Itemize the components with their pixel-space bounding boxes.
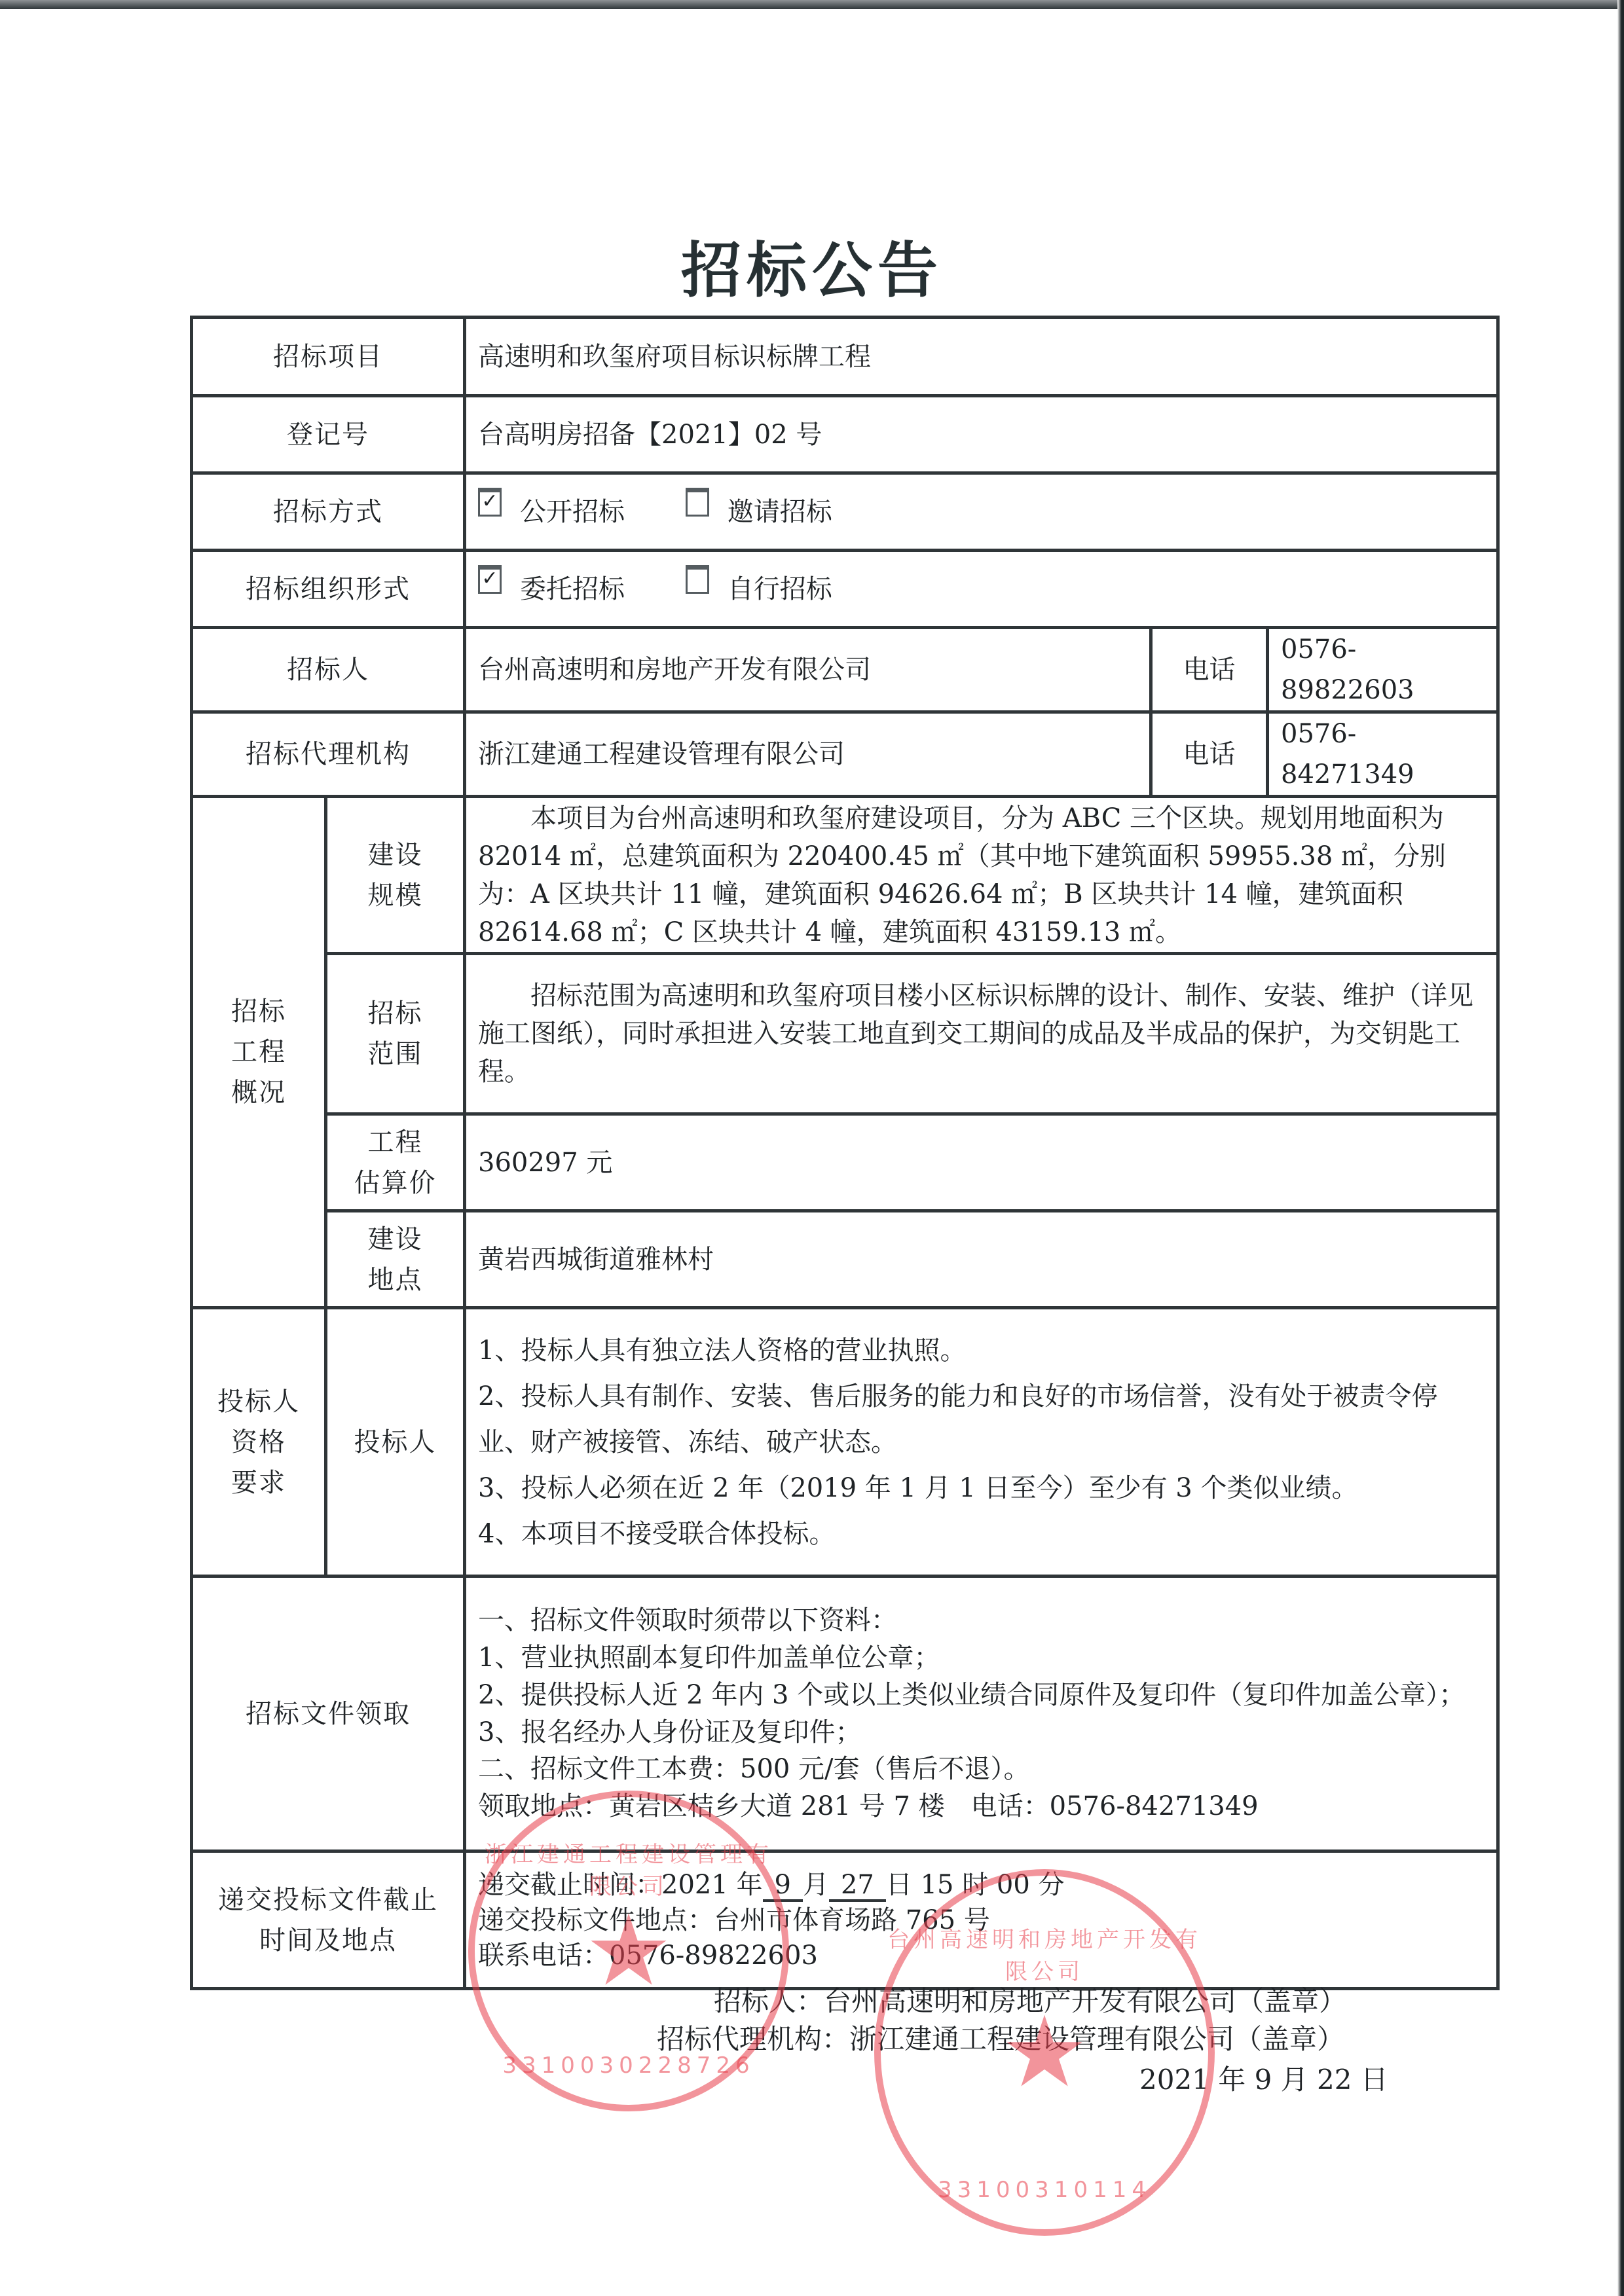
signature-agency: 招标代理机构：浙江建通工程建设管理有限公司（盖章）	[657, 2018, 1344, 2057]
option-label: 邀请招标	[728, 497, 832, 527]
method-label: 招标方式	[192, 473, 465, 551]
project-label: 招标项目	[192, 318, 465, 396]
qualification-items: 1、投标人具有独立法人资格的营业执照。 2、投标人具有制作、安装、售后服务的能力…	[465, 1308, 1498, 1576]
signature-tenderer: 招标人：台州高速明和房地产开发有限公司（盖章）	[714, 1980, 1346, 2019]
qualification-item: 3、投标人必须在近 2 年（2019 年 1 月 1 日至今）至少有 3 个类似…	[478, 1465, 1485, 1511]
checkbox-unchecked-icon[interactable]	[686, 488, 709, 517]
qualification-sub-label: 投标人	[326, 1308, 465, 1576]
organization-options: ✓委托招标 自行招标	[465, 551, 1498, 628]
row-agency: 招标代理机构 浙江建通工程建设管理有限公司 电话 0576-84271349	[192, 712, 1498, 797]
scan-edge-right	[1617, 0, 1624, 2296]
agency-label: 招标代理机构	[192, 712, 465, 797]
documents-line: 2、提供投标人近 2 年内 3 个或以上类似业绩合同原件及复印件（复印件加盖公章…	[478, 1677, 1485, 1714]
row-documents: 招标文件领取 一、招标文件领取时须带以下资料： 1、营业执照副本复印件加盖单位公…	[192, 1576, 1498, 1851]
submission-contact: 联系电话：0576-89822603	[478, 1938, 1485, 1973]
estimate-label: 工程 估算价	[326, 1114, 465, 1211]
method-options: ✓公开招标 邀请招标	[465, 473, 1498, 551]
submission-deadline: 递交截止时间：2021 年9月27日 15 时 00 分	[478, 1867, 1485, 1903]
option-entrusted-tender[interactable]: ✓委托招标	[478, 569, 625, 610]
deadline-month: 9	[763, 1870, 803, 1902]
documents-line: 二、招标文件工本费：500 元/套（售后不退）。	[478, 1751, 1485, 1788]
project-value: 高速明和玖玺府项目标识标牌工程	[465, 318, 1498, 396]
registration-label: 登记号	[192, 396, 465, 473]
document-title: 招标公告	[0, 223, 1624, 309]
agency-phone-label: 电话	[1151, 712, 1268, 797]
scope-text: 招标范围为高速明和玖玺府项目楼小区标识标牌的设计、制作、安装、维护（详见施工图纸…	[465, 954, 1498, 1114]
documents-line: 1、营业执照副本复印件加盖单位公章；	[478, 1639, 1485, 1677]
qualification-item: 2、投标人具有制作、安装、售后服务的能力和良好的市场信誉，没有处于被责令停业、财…	[478, 1374, 1485, 1465]
option-public-tender[interactable]: ✓公开招标	[478, 492, 625, 532]
qualification-item: 1、投标人具有独立法人资格的营业执照。	[478, 1328, 1485, 1374]
scan-edge-top	[0, 0, 1624, 9]
row-project: 招标项目 高速明和玖玺府项目标识标牌工程	[192, 318, 1498, 396]
checkbox-unchecked-icon[interactable]	[686, 565, 709, 594]
estimate-value: 360297 元	[465, 1114, 1498, 1211]
documents-lines: 一、招标文件领取时须带以下资料： 1、营业执照副本复印件加盖单位公章； 2、提供…	[465, 1576, 1498, 1851]
option-invited-tender[interactable]: 邀请招标	[686, 492, 832, 532]
documents-line: 领取地点：黄岩区桔乡大道 281 号 7 楼 电话：0576-84271349	[478, 1788, 1485, 1825]
documents-label: 招标文件领取	[192, 1576, 465, 1851]
deadline-day: 27	[829, 1870, 886, 1902]
option-self-tender[interactable]: 自行招标	[686, 569, 832, 610]
option-label: 公开招标	[520, 497, 625, 527]
tenderer-name: 台州高速明和房地产开发有限公司	[465, 628, 1151, 712]
row-submission: 递交投标文件截止 时间及地点 递交截止时间：2021 年9月27日 15 时 0…	[192, 1851, 1498, 1989]
scope-label: 招标 范围	[326, 954, 465, 1114]
agency-name: 浙江建通工程建设管理有限公司	[465, 712, 1151, 797]
submission-details: 递交截止时间：2021 年9月27日 15 时 00 分 递交投标文件地点：台州…	[465, 1851, 1498, 1989]
submission-place: 递交投标文件地点：台州市体育场路 765 号	[478, 1903, 1485, 1938]
scale-text: 本项目为台州高速明和玖玺府建设项目，分为 ABC 三个区块。规划用地面积为 82…	[465, 797, 1498, 954]
scale-label: 建设 规模	[326, 797, 465, 954]
tender-table: 招标项目 高速明和玖玺府项目标识标牌工程 登记号 台高明房招备【2021】02 …	[190, 316, 1500, 1990]
row-registration: 登记号 台高明房招备【2021】02 号	[192, 396, 1498, 473]
row-organization: 招标组织形式 ✓委托招标 自行招标	[192, 551, 1498, 628]
tenderer-label: 招标人	[192, 628, 465, 712]
stamp-code: 33100310114	[881, 2177, 1208, 2203]
location-value: 黄岩西城街道雅林村	[465, 1211, 1498, 1308]
row-overview-estimate: 工程 估算价 360297 元	[192, 1114, 1498, 1211]
checkbox-checked-icon[interactable]: ✓	[478, 565, 502, 594]
checkbox-checked-icon[interactable]: ✓	[478, 488, 502, 517]
organization-label: 招标组织形式	[192, 551, 465, 628]
qualification-label: 投标人 资格 要求	[192, 1308, 326, 1576]
row-method: 招标方式 ✓公开招标 邀请招标	[192, 473, 1498, 551]
qualification-item: 4、本项目不接受联合体投标。	[478, 1511, 1485, 1557]
option-label: 自行招标	[728, 574, 832, 604]
tender-notice-form: 招标项目 高速明和玖玺府项目标识标牌工程 登记号 台高明房招备【2021】02 …	[190, 316, 1496, 1990]
submission-label: 递交投标文件截止 时间及地点	[192, 1851, 465, 1989]
location-label: 建设 地点	[326, 1211, 465, 1308]
option-label: 委托招标	[520, 574, 625, 604]
row-tenderer: 招标人 台州高速明和房地产开发有限公司 电话 0576-89822603	[192, 628, 1498, 712]
documents-line: 一、招标文件领取时须带以下资料：	[478, 1602, 1485, 1639]
signature-date: 2021 年 9 月 22 日	[1139, 2058, 1388, 2098]
row-qualification: 投标人 资格 要求 投标人 1、投标人具有独立法人资格的营业执照。 2、投标人具…	[192, 1308, 1498, 1576]
tenderer-phone: 0576-89822603	[1268, 628, 1498, 712]
overview-label: 招标 工程 概况	[192, 797, 326, 1308]
row-overview-scale: 招标 工程 概况 建设 规模 本项目为台州高速明和玖玺府建设项目，分为 ABC …	[192, 797, 1498, 954]
row-overview-location: 建设 地点 黄岩西城街道雅林村	[192, 1211, 1498, 1308]
documents-line: 3、报名经办人身份证及复印件；	[478, 1714, 1485, 1751]
row-overview-scope: 招标 范围 招标范围为高速明和玖玺府项目楼小区标识标牌的设计、制作、安装、维护（…	[192, 954, 1498, 1114]
registration-value: 台高明房招备【2021】02 号	[465, 396, 1498, 473]
agency-phone: 0576-84271349	[1268, 712, 1498, 797]
tenderer-phone-label: 电话	[1151, 628, 1268, 712]
